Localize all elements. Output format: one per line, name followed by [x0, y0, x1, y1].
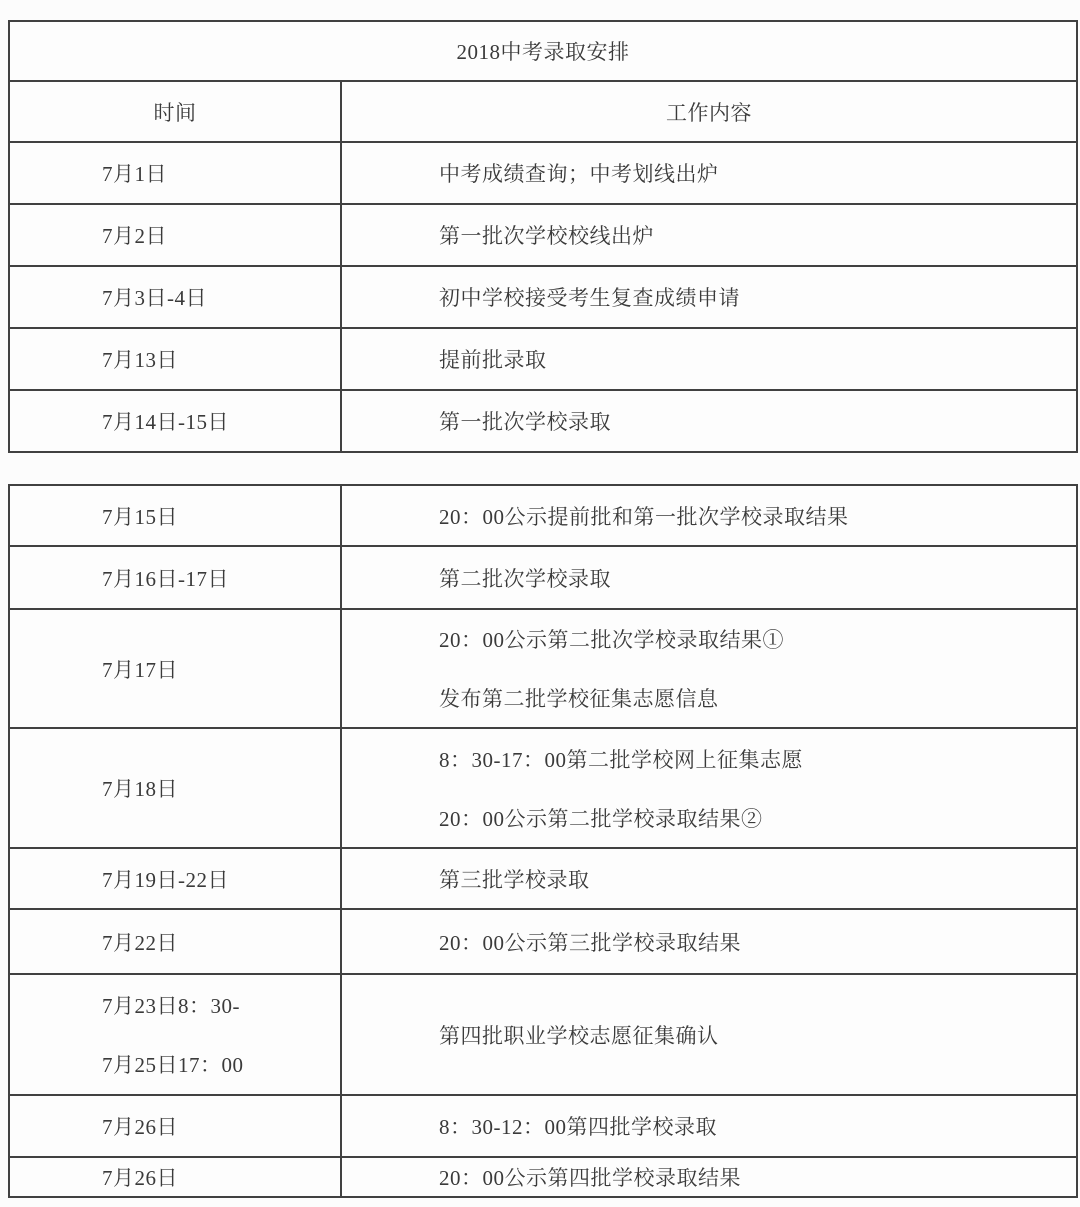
cell-line: 7月19日-22日 [102, 864, 340, 894]
cell-line: 第一批次学校校线出炉 [439, 220, 1076, 250]
time-cell: 7月15日 [9, 485, 341, 546]
content-cell: 8：30-17：00第二批学校网上征集志愿20：00公示第二批学校录取结果② [341, 728, 1077, 848]
table-row: 7月3日-4日初中学校接受考生复查成绩申请 [9, 266, 1077, 328]
cell-line: 7月26日 [102, 1162, 340, 1192]
time-cell: 7月26日 [9, 1095, 341, 1157]
cell-line: 20：00公示第二批次学校录取结果① [439, 624, 1076, 654]
cell-line: 7月18日 [102, 773, 340, 803]
table-row: 7月18日8：30-17：00第二批学校网上征集志愿20：00公示第二批学校录取… [9, 728, 1077, 848]
content-cell: 第三批学校录取 [341, 848, 1077, 909]
table-row: 7月23日8：30-7月25日17：00第四批职业学校志愿征集确认 [9, 974, 1077, 1095]
table-row: 7月26日8：30-12：00第四批学校录取 [9, 1095, 1077, 1157]
cell-line: 20：00公示第二批学校录取结果② [439, 803, 1076, 833]
content-cell: 第一批次学校录取 [341, 390, 1077, 452]
content-cell: 20：00公示第四批学校录取结果 [341, 1157, 1077, 1197]
cell-line: 7月14日-15日 [102, 406, 340, 436]
time-header-label: 时间 [154, 97, 197, 127]
cell-line: 第二批次学校录取 [439, 563, 1076, 593]
content-cell: 初中学校接受考生复查成绩申请 [341, 266, 1077, 328]
content-cell: 第四批职业学校志愿征集确认 [341, 974, 1077, 1095]
cell-line: 第三批学校录取 [439, 864, 1076, 894]
content-cell: 第二批次学校录取 [341, 546, 1077, 609]
table-row: 7月1日中考成绩查询；中考划线出炉 [9, 142, 1077, 204]
admission-schedule-table-upper: 2018中考录取安排 时间 工作内容 7月1日中考成绩查询；中考划线出炉7月2日… [8, 20, 1078, 453]
cell-line: 7月2日 [102, 220, 340, 250]
page: { "colors": { "text": "#3a3a3a", "border… [0, 0, 1080, 1207]
time-cell: 7月19日-22日 [9, 848, 341, 909]
table-row: 7月17日20：00公示第二批次学校录取结果①发布第二批学校征集志愿信息 [9, 609, 1077, 728]
table-row: 7月2日第一批次学校校线出炉 [9, 204, 1077, 266]
cell-line: 20：00公示第四批学校录取结果 [439, 1162, 1076, 1192]
content-header-label: 工作内容 [666, 97, 752, 127]
time-cell: 7月18日 [9, 728, 341, 848]
time-cell: 7月2日 [9, 204, 341, 266]
time-cell: 7月1日 [9, 142, 341, 204]
time-cell: 7月14日-15日 [9, 390, 341, 452]
cell-line: 20：00公示第三批学校录取结果 [439, 927, 1076, 957]
table-title-cell: 2018中考录取安排 [9, 21, 1077, 81]
content-header-cell: 工作内容 [341, 81, 1077, 142]
table-row: 7月13日提前批录取 [9, 328, 1077, 390]
cell-line: 提前批录取 [439, 344, 1076, 374]
table-header-row: 时间 工作内容 [9, 81, 1077, 142]
cell-line: 中考成绩查询；中考划线出炉 [439, 158, 1076, 188]
content-cell: 提前批录取 [341, 328, 1077, 390]
time-header-cell: 时间 [9, 81, 341, 142]
table-row: 7月22日20：00公示第三批学校录取结果 [9, 909, 1077, 974]
table-row: 7月26日20：00公示第四批学校录取结果 [9, 1157, 1077, 1197]
time-cell: 7月13日 [9, 328, 341, 390]
cell-line: 7月3日-4日 [102, 282, 340, 312]
cell-line: 第四批职业学校志愿征集确认 [439, 1020, 1076, 1050]
cell-line: 7月23日8：30- [102, 990, 340, 1020]
cell-line: 7月15日 [102, 501, 340, 531]
time-cell: 7月17日 [9, 609, 341, 728]
content-cell: 20：00公示第二批次学校录取结果①发布第二批学校征集志愿信息 [341, 609, 1077, 728]
cell-line: 7月1日 [102, 158, 340, 188]
cell-line: 7月22日 [102, 927, 340, 957]
time-cell: 7月16日-17日 [9, 546, 341, 609]
cell-line: 7月26日 [102, 1111, 340, 1141]
cell-line: 第一批次学校录取 [439, 406, 1076, 436]
cell-line: 8：30-17：00第二批学校网上征集志愿 [439, 744, 1076, 774]
cell-line: 20：00公示提前批和第一批次学校录取结果 [439, 501, 1076, 531]
content-cell: 20：00公示第三批学校录取结果 [341, 909, 1077, 974]
table-row: 7月15日20：00公示提前批和第一批次学校录取结果 [9, 485, 1077, 546]
time-cell: 7月23日8：30-7月25日17：00 [9, 974, 341, 1095]
content-cell: 8：30-12：00第四批学校录取 [341, 1095, 1077, 1157]
cell-line: 7月17日 [102, 654, 340, 684]
admission-schedule-table-lower: 7月15日20：00公示提前批和第一批次学校录取结果7月16日-17日第二批次学… [8, 484, 1078, 1198]
cell-line: 8：30-12：00第四批学校录取 [439, 1111, 1076, 1141]
table-row: 7月14日-15日第一批次学校录取 [9, 390, 1077, 452]
content-cell: 20：00公示提前批和第一批次学校录取结果 [341, 485, 1077, 546]
time-cell: 7月22日 [9, 909, 341, 974]
content-cell: 第一批次学校校线出炉 [341, 204, 1077, 266]
cell-line: 初中学校接受考生复查成绩申请 [439, 282, 1076, 312]
cell-line: 发布第二批学校征集志愿信息 [439, 683, 1076, 713]
content-cell: 中考成绩查询；中考划线出炉 [341, 142, 1077, 204]
table-row: 7月16日-17日第二批次学校录取 [9, 546, 1077, 609]
table-title-row: 2018中考录取安排 [9, 21, 1077, 81]
cell-line: 7月13日 [102, 344, 340, 374]
time-cell: 7月26日 [9, 1157, 341, 1197]
time-cell: 7月3日-4日 [9, 266, 341, 328]
table-title: 2018中考录取安排 [457, 36, 630, 66]
cell-line: 7月16日-17日 [102, 563, 340, 593]
table-row: 7月19日-22日第三批学校录取 [9, 848, 1077, 909]
cell-line: 7月25日17：00 [102, 1049, 340, 1079]
